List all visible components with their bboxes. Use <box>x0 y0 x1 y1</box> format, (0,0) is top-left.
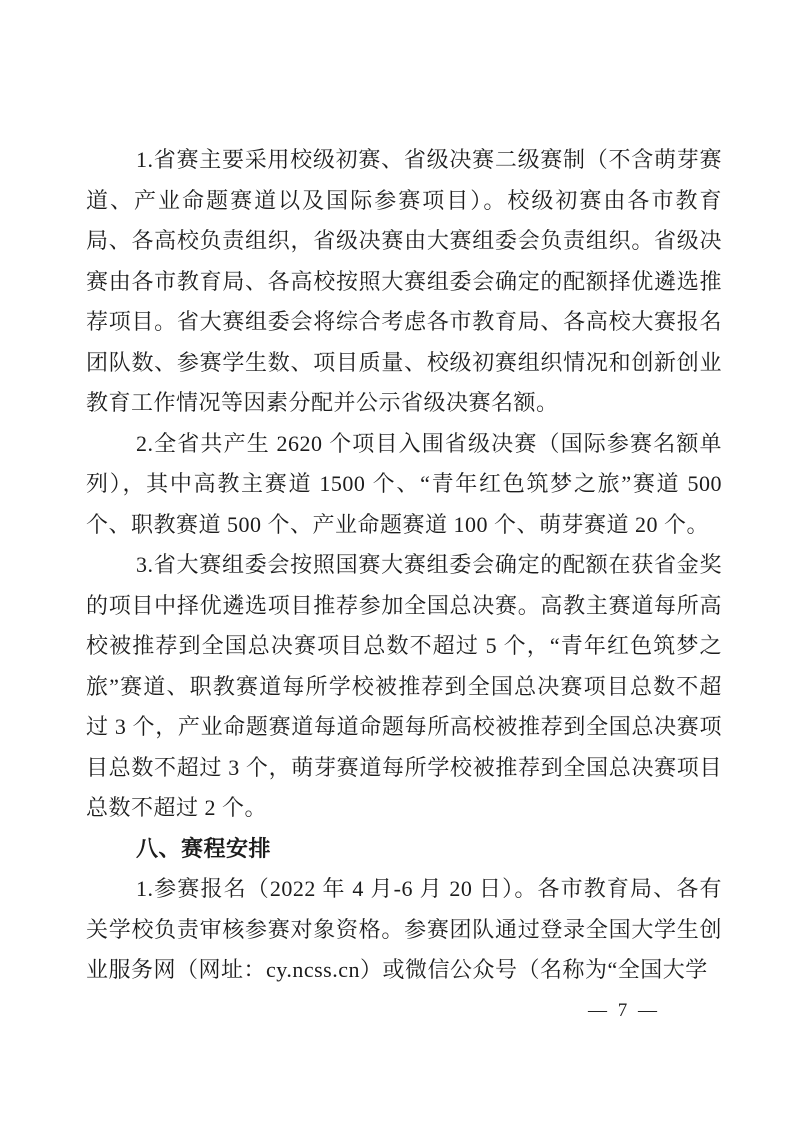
document-body: 1.省赛主要采用校级初赛、省级决赛二级赛制（不含萌芽赛道、产业命题赛道以及国际参… <box>86 140 722 991</box>
paragraph-provincial-format: 1.省赛主要采用校级初赛、省级决赛二级赛制（不含萌芽赛道、产业命题赛道以及国际参… <box>86 140 722 424</box>
paragraph-national-recommendation: 3.省大赛组委会按照国赛大赛组委会确定的配额在获省金奖的项目中择优遴选项目推荐参… <box>86 545 722 829</box>
paragraph-registration: 1.参赛报名（2022 年 4 月-6 月 20 日）。各市教育局、各有关学校负… <box>86 869 722 991</box>
document-page: 1.省赛主要采用校级初赛、省级决赛二级赛制（不含萌芽赛道、产业命题赛道以及国际参… <box>0 0 793 1122</box>
section-heading-schedule: 八、赛程安排 <box>86 829 722 870</box>
paragraph-quota-numbers: 2.全省共产生 2620 个项目入围省级决赛（国际参赛名额单列），其中高教主赛道… <box>86 424 722 546</box>
page-number: — 7 — <box>588 1000 660 1022</box>
